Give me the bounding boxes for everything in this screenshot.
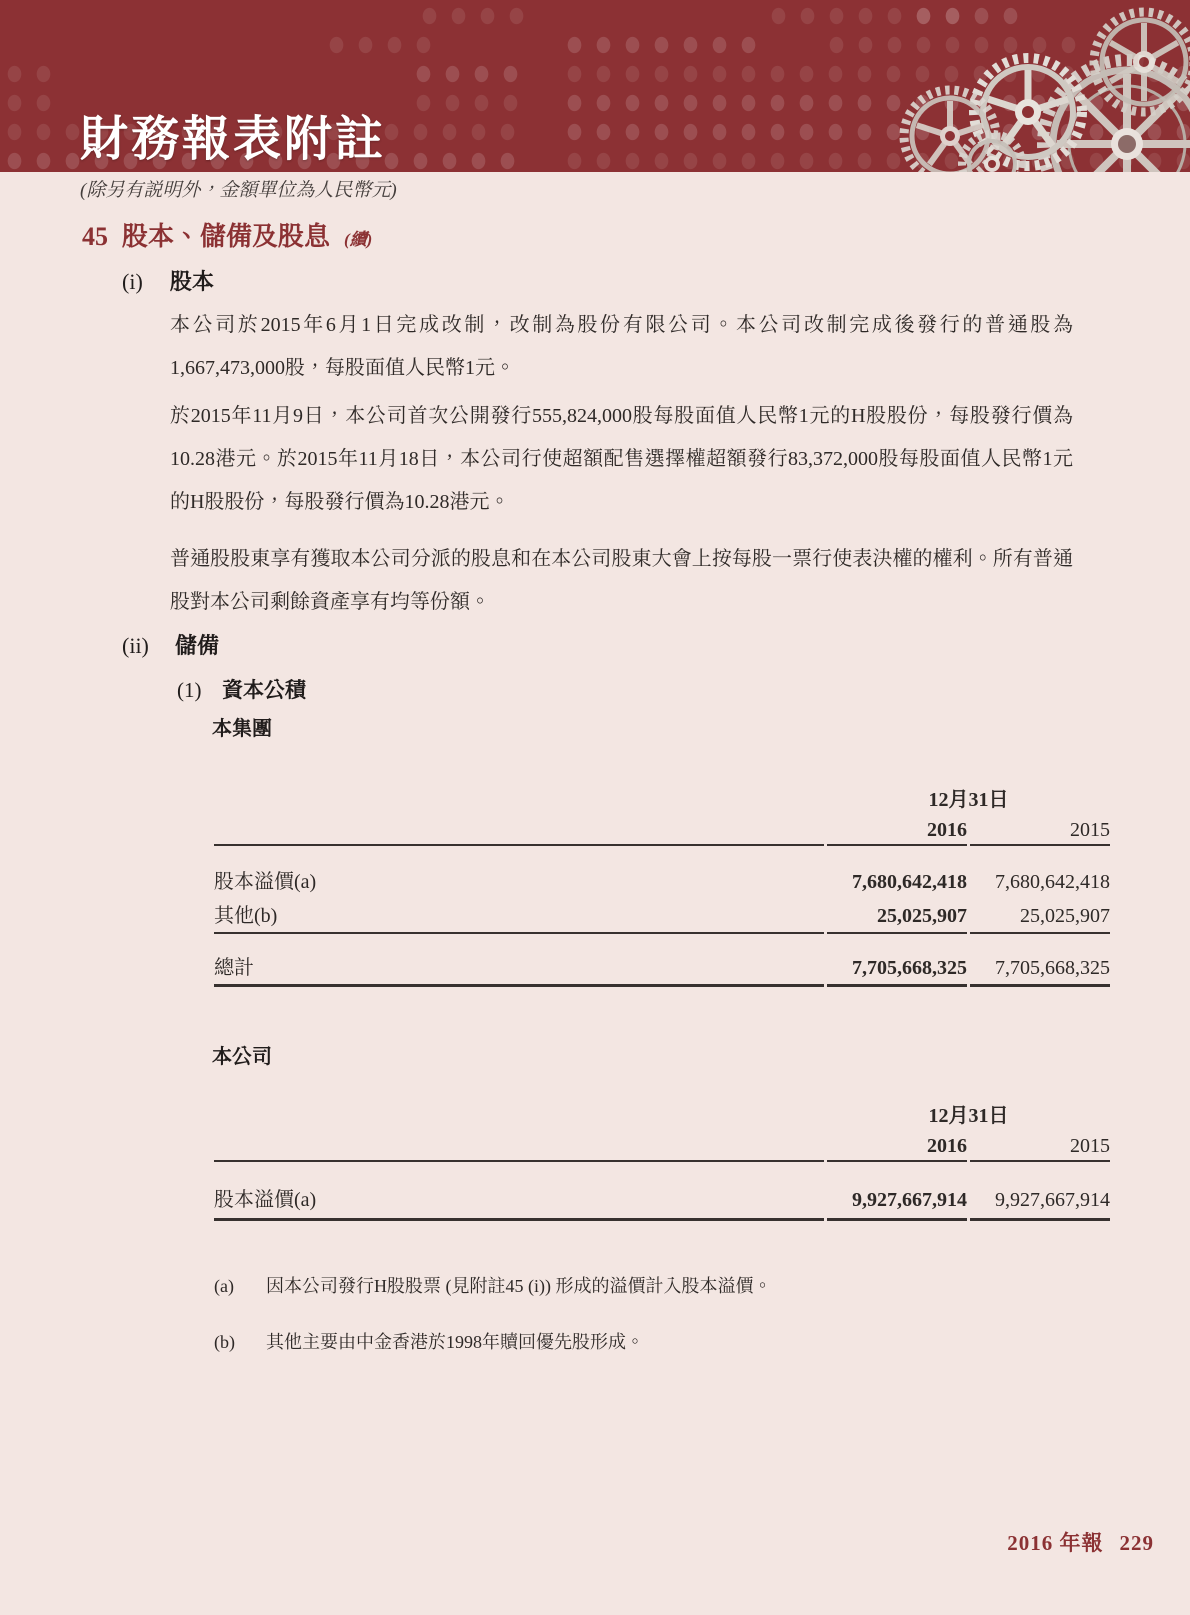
value-2015: 7,680,642,418: [970, 862, 1110, 898]
share-capital-paragraph-2: 於2015年11月9日，本公司首次公開發行555,824,000股每股面值人民幣…: [170, 395, 1073, 524]
column-header-2015: 2015: [970, 812, 1110, 846]
footnote-a-text: 因本公司發行H股股票 (見附註45 (i)) 形成的溢價計入股本溢價。: [266, 1273, 771, 1299]
section-45-heading: 45 股本、儲備及股息 (續): [82, 220, 1190, 257]
footnote-a-label: (a): [214, 1273, 266, 1299]
page-footer: 2016 年報229: [1007, 1527, 1154, 1557]
table-row: 股本溢價(a) 9,927,667,914 9,927,667,914: [214, 1178, 1110, 1221]
table-total-row: 總計 7,705,668,325 7,705,668,325: [214, 950, 1110, 987]
table-row: 12月31日: [214, 1099, 1110, 1128]
gears-decoration-image: [860, 0, 1190, 172]
row-label: 股本溢價(a): [214, 862, 824, 898]
capital-reserve-heading: (1) 資本公積: [177, 675, 1190, 705]
value-2015: 9,927,667,914: [970, 1178, 1110, 1221]
footnote-b-text: 其他主要由中金香港於1998年贖回優先股形成。: [266, 1329, 644, 1355]
value-2016: 9,927,667,914: [827, 1178, 967, 1221]
row-label: 其他(b): [214, 898, 824, 934]
table-row: 其他(b) 25,025,907 25,025,907: [214, 898, 1110, 934]
date-header: 12月31日: [827, 783, 1110, 812]
group-capital-reserve-table: 12月31日 2016 2015 股本溢價(a) 7,680,642,418 7…: [211, 783, 1113, 987]
total-value-2016: 7,705,668,325: [827, 950, 967, 987]
group-table-caption: 本集團: [212, 715, 1190, 743]
table-row: 12月31日: [214, 783, 1110, 812]
page-title: 財務報表附註: [80, 100, 386, 169]
footer-report-title: 2016 年報: [1007, 1531, 1103, 1555]
total-label: 總計: [214, 950, 824, 987]
total-value-2015: 7,705,668,325: [970, 950, 1110, 987]
column-header-2015: 2015: [970, 1128, 1110, 1162]
share-capital-paragraph-1: 本公司於2015年6月1日完成改制，改制為股份有限公司。本公司改制完成後發行的普…: [170, 304, 1073, 390]
capital-reserve-label: (1): [177, 675, 222, 705]
capital-reserve-title: 資本公積: [222, 675, 306, 705]
value-2015: 25,025,907: [970, 898, 1110, 934]
footnote-b: (b) 其他主要由中金香港於1998年贖回優先股形成。: [214, 1329, 1190, 1355]
page-header-banner: 財務報表附註: [0, 0, 1190, 172]
company-capital-reserve-table: 12月31日 2016 2015 股本溢價(a) 9,927,667,914 9…: [211, 1099, 1113, 1221]
section-title: 股本、儲備及股息: [122, 220, 330, 254]
value-2016: 7,680,642,418: [827, 862, 967, 898]
column-header-2016: 2016: [827, 1128, 967, 1162]
table-row: 2016 2015: [214, 1128, 1110, 1162]
subsection-ii-label: (ii): [122, 631, 175, 661]
section-number: 45: [82, 220, 122, 254]
subsection-i-heading: (i) 股本: [122, 267, 1190, 297]
subsection-ii-heading: (ii) 儲備: [122, 631, 1190, 661]
subsection-ii-title: 儲備: [175, 631, 219, 661]
section-continued-marker: (續): [344, 223, 372, 257]
column-header-2016: 2016: [827, 812, 967, 846]
currency-note: (除另有説明外，金額單位為人民幣元): [80, 178, 1190, 204]
table-row: 股本溢價(a) 7,680,642,418 7,680,642,418: [214, 862, 1110, 898]
value-2016: 25,025,907: [827, 898, 967, 934]
date-header: 12月31日: [827, 1099, 1110, 1128]
subsection-i-label: (i): [122, 267, 170, 297]
footer-page-number: 229: [1120, 1531, 1155, 1555]
row-label: 股本溢價(a): [214, 1178, 824, 1221]
subsection-i-title: 股本: [170, 267, 214, 297]
report-page: 財務報表附註 (除另有説明外，金額單位為人民幣元) 45 股本、儲備及股息 (續…: [0, 0, 1190, 1615]
footnote-a: (a) 因本公司發行H股股票 (見附註45 (i)) 形成的溢價計入股本溢價。: [214, 1273, 1190, 1299]
table-row: 2016 2015: [214, 812, 1110, 846]
footnote-b-label: (b): [214, 1329, 266, 1355]
company-table-caption: 本公司: [212, 1043, 1190, 1071]
share-capital-paragraph-3: 普通股股東享有獲取本公司分派的股息和在本公司股東大會上按每股一票行使表決權的權利…: [170, 538, 1073, 624]
